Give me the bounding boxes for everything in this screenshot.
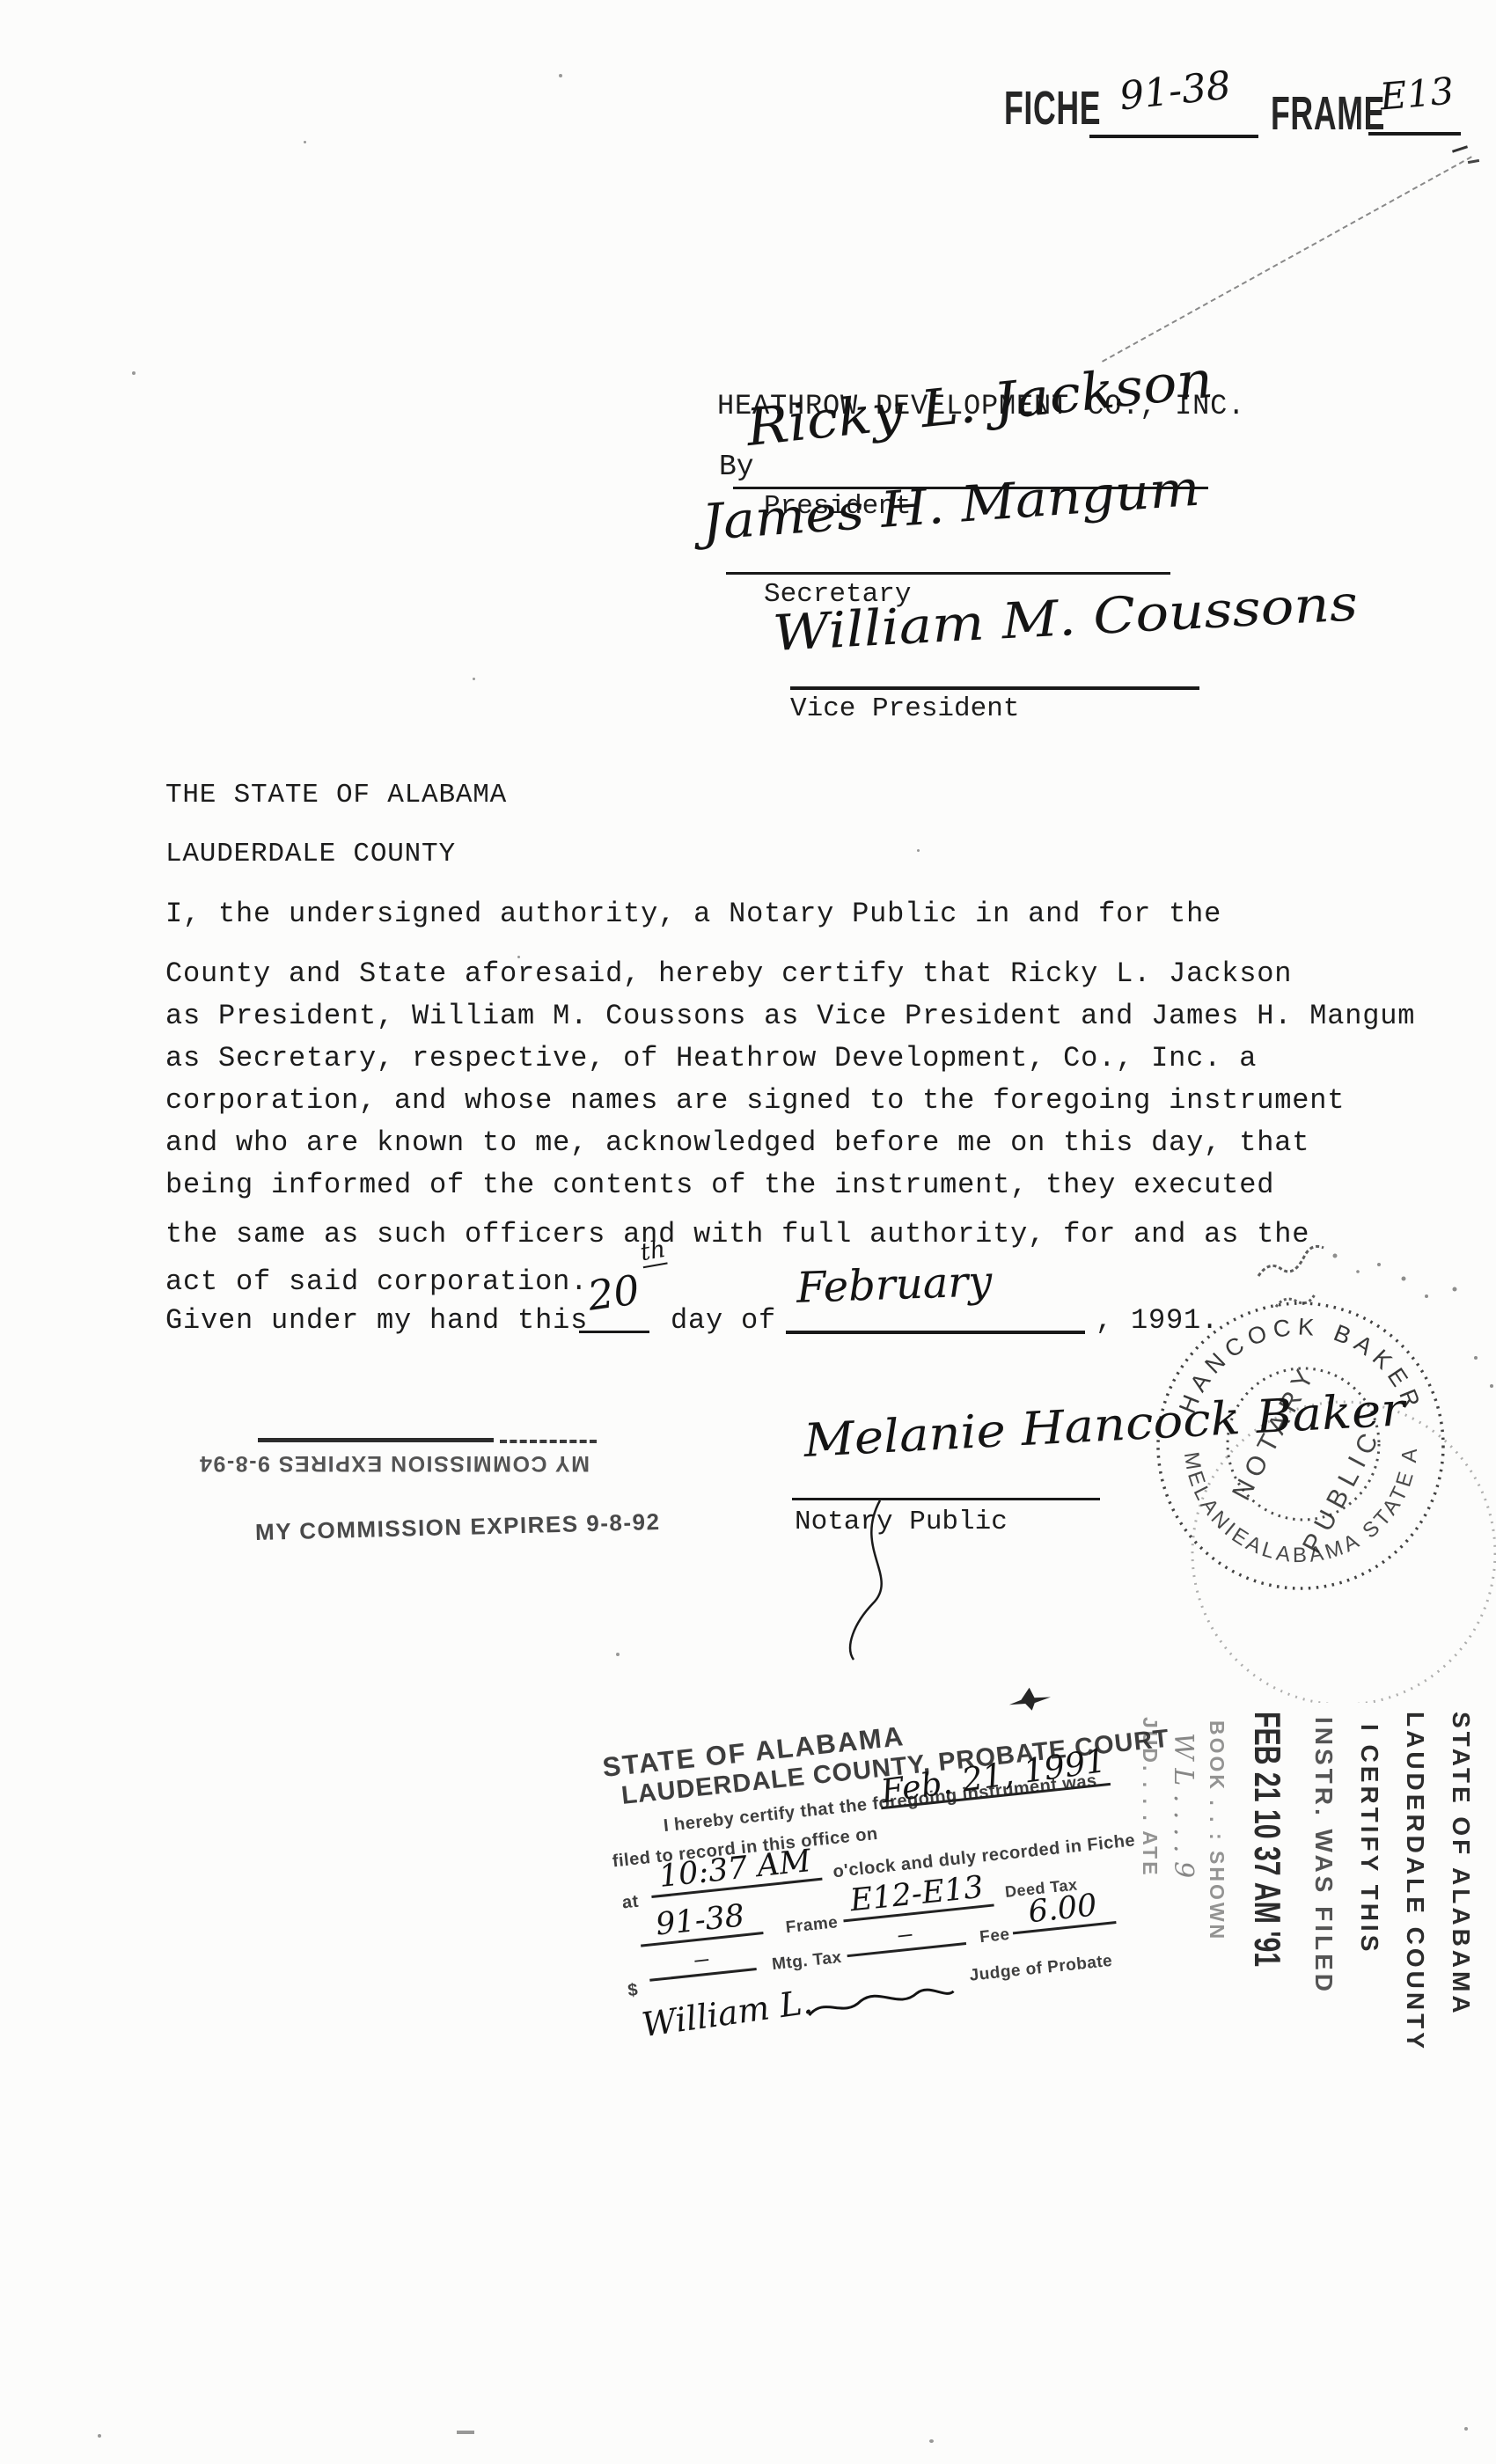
pencil-dashed-line xyxy=(1102,156,1472,362)
judge-signature: William L. xyxy=(640,1982,815,2044)
ink-speck xyxy=(616,1653,620,1656)
fiche-underline xyxy=(1089,135,1258,138)
ink-speck xyxy=(917,849,920,852)
ack-body-line: as President, William M. Coussons as Vic… xyxy=(165,1000,1415,1032)
ink-speck xyxy=(473,678,475,680)
filing-faint-1: BOOK . . : SHOWN xyxy=(1205,1720,1228,1941)
commission-stamp-bar xyxy=(258,1438,494,1442)
probate-fiche-entry: 91-38 xyxy=(637,1896,764,1947)
filing-faint-2: W L . . . . 9 xyxy=(1168,1733,1199,1878)
president-signature: Ricky L. Jackson xyxy=(744,349,1216,458)
ink-speck xyxy=(1464,2427,1468,2431)
ink-speck xyxy=(559,74,562,77)
judge-signature-flourish xyxy=(805,1981,957,2025)
day-underline xyxy=(579,1331,649,1333)
probate-dollar-label: $ xyxy=(627,1980,639,2001)
probate-dollar-blank: — xyxy=(693,1947,710,1974)
day-value-handwritten: 20 xyxy=(585,1265,642,1320)
stray-dash xyxy=(1468,159,1479,164)
given-prefix: Given under my hand this xyxy=(165,1304,588,1337)
ink-speck xyxy=(132,371,136,375)
seal-ink-specks xyxy=(1333,1254,1494,1389)
commission-stamp: MY COMMISSION EXPIRES 9-8-92 xyxy=(255,1508,661,1546)
filing-line-2: LAUDERDALE COUNTY xyxy=(1401,1712,1429,2052)
filing-line-1: STATE OF ALABAMA xyxy=(1447,1712,1475,2017)
ack-body-line: County and State aforesaid, hereby certi… xyxy=(165,957,1292,990)
ink-speck xyxy=(929,2439,934,2443)
commission-stamp-bar-dashes xyxy=(500,1440,597,1443)
filing-datetime: FEB 21 10 37 AM '91 xyxy=(1246,1712,1288,1967)
frame-underline xyxy=(1368,132,1461,136)
month-handwritten: February xyxy=(796,1257,993,1313)
probate-frame-label: Frame xyxy=(785,1913,840,1938)
secretary-signature-line xyxy=(726,572,1170,575)
ink-speck xyxy=(98,2434,101,2438)
ack-body-line: being informed of the contents of the in… xyxy=(165,1169,1274,1201)
probate-mtg-entry: — xyxy=(844,1916,966,1957)
probate-dollar-entry: — xyxy=(647,1941,757,1982)
probate-mtg-blank: — xyxy=(897,1921,913,1948)
ack-body-line: act of said corporation. xyxy=(165,1265,588,1298)
filing-line-4: INSTR. WAS FILED xyxy=(1309,1717,1338,1995)
ack-intro-line: I, the undersigned authority, a Notary P… xyxy=(165,898,1221,930)
fiche-label: FICHE xyxy=(1004,81,1101,136)
secretary-signature: James H. Mangum xyxy=(700,460,1201,552)
notary-title: Notary Public xyxy=(795,1507,1008,1537)
probate-court-stamp: STATE OF ALABAMA LAUDERDALE COUNTY, PROB… xyxy=(594,1697,1161,2068)
frame-value-handwritten: E13 xyxy=(1378,69,1456,118)
vice-president-title: Vice President xyxy=(790,693,1019,724)
filing-stamp: STATE OF ALABAMA LAUDERDALE COUNTY I CER… xyxy=(1126,1712,1496,2050)
probate-fee-value: 6.00 xyxy=(1027,1888,1099,1930)
probate-mtg-tax-label: Mtg. Tax xyxy=(771,1948,843,1975)
ink-speck xyxy=(517,956,520,958)
ink-speck xyxy=(304,141,306,143)
filing-line-3: I CERTIFY THIS xyxy=(1355,1724,1383,1954)
fiche-value-handwritten: 91-38 xyxy=(1118,63,1233,120)
commission-stamp-upside-down: MY COMMISSION EXPIRES 9-8-94 xyxy=(251,1450,590,1476)
notary-signature-line xyxy=(792,1498,1100,1500)
ack-body-line: corporation, and whose names are signed … xyxy=(165,1084,1345,1117)
notary-seal: HANCOCK BAKER MELANIE ALABAMA STATE A NO… xyxy=(1113,1245,1496,1703)
ack-body-line: as Secretary, respective, of Heathrow De… xyxy=(165,1042,1257,1074)
day-of-label: day of xyxy=(671,1304,776,1337)
ink-dash xyxy=(457,2431,474,2434)
judge-title: Judge of Probate xyxy=(969,1952,1114,1986)
ack-body-line: and who are known to me, acknowledged be… xyxy=(165,1126,1309,1159)
month-underline xyxy=(786,1331,1085,1334)
filing-faint-3: JUD. . . . ATE xyxy=(1138,1717,1162,1878)
scanned-document-page: FICHE 91-38 FRAME E13 HEATHROW DEVELOPME… xyxy=(0,0,1496,2464)
probate-fiche-value: 91-38 xyxy=(654,1898,746,1942)
county-heading: LAUDERDALE COUNTY xyxy=(165,839,456,869)
stray-dash xyxy=(1452,145,1468,152)
probate-fee-label: Fee xyxy=(979,1925,1010,1947)
flourish-path xyxy=(808,1987,955,2015)
by-label: By xyxy=(719,451,754,483)
vice-president-signature-line xyxy=(790,686,1199,690)
day-ordinal-handwritten: th xyxy=(638,1236,668,1268)
state-heading: THE STATE OF ALABAMA xyxy=(165,780,507,810)
